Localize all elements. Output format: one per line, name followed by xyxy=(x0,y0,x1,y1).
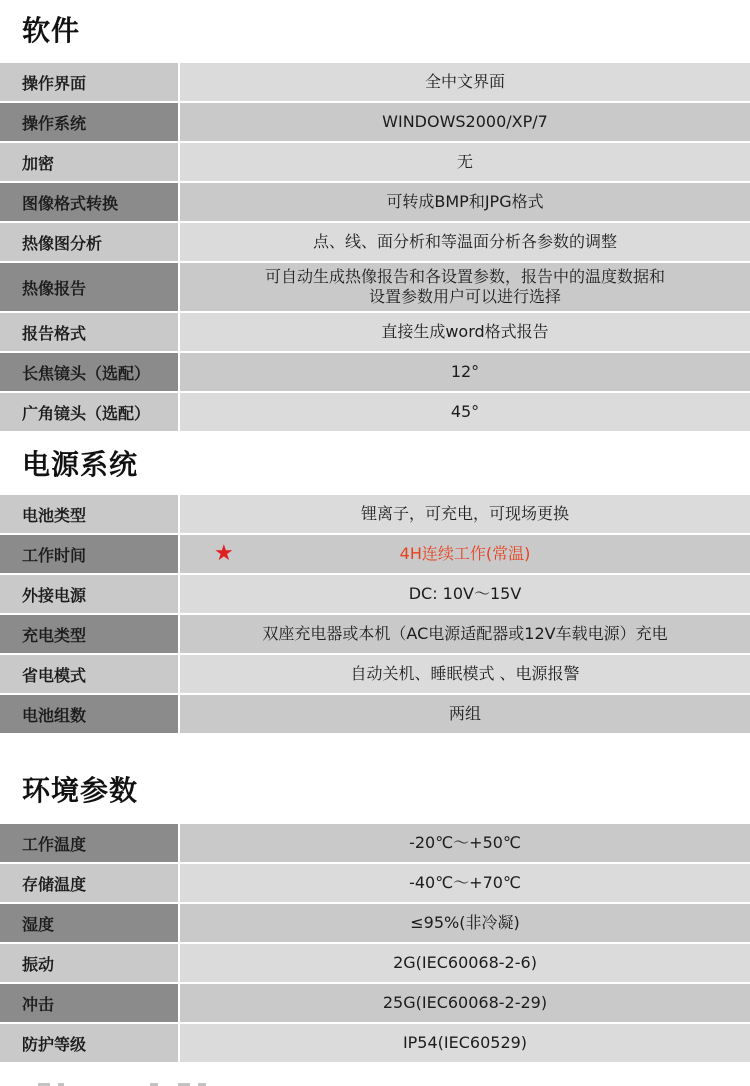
table-row: 操作界面 全中文界面 xyxy=(0,63,750,101)
table-row: 图像格式转换 可转成BMP和JPG格式 xyxy=(0,183,750,221)
spec-label: 存储温度 xyxy=(0,864,178,902)
table-row: 工作温度 -20℃～+50℃ xyxy=(0,824,750,862)
spec-label: 操作界面 xyxy=(0,63,178,101)
table-row: 电池类型 锂离子，可充电，可现场更换 xyxy=(0,495,750,533)
spec-value: 直接生成word格式报告 xyxy=(180,313,750,351)
spec-label: 外接电源 xyxy=(0,575,178,613)
table-row: 省电模式 自动关机、睡眠模式 、电源报警 xyxy=(0,655,750,693)
spec-label: 充电类型 xyxy=(0,615,178,653)
table-row: 广角镜头（选配） 45° xyxy=(0,393,750,431)
spec-value: 无 xyxy=(180,143,750,181)
spec-value: 25G(IEC60068-2-29) xyxy=(180,984,750,1022)
spec-label: 加密 xyxy=(0,143,178,181)
table-row: 湿度 ≤95%(非冷凝) xyxy=(0,904,750,942)
spec-label: 热像报告 xyxy=(0,263,178,311)
spec-value: IP54(IEC60529) xyxy=(180,1024,750,1062)
spec-label: 图像格式转换 xyxy=(0,183,178,221)
spec-label: 操作系统 xyxy=(0,103,178,141)
section-title-power: 电源系统 xyxy=(22,448,138,482)
spec-value: 锂离子，可充电，可现场更换 xyxy=(180,495,750,533)
spec-label: 防护等级 xyxy=(0,1024,178,1062)
spec-label: 省电模式 xyxy=(0,655,178,693)
spec-sheet-page: 软件 操作界面 全中文界面 操作系统 WINDOWS2000/XP/7 加密 无… xyxy=(0,0,750,1086)
environment-spec-table: 工作温度 -20℃～+50℃ 存储温度 -40℃～+70℃ 湿度 ≤95%(非冷… xyxy=(0,824,750,1062)
table-row: 加密 无 xyxy=(0,143,750,181)
spec-value-group: ★ 4H连续工作(常温) xyxy=(180,535,750,573)
table-row: 存储温度 -40℃～+70℃ xyxy=(0,864,750,902)
spec-label: 电池组数 xyxy=(0,695,178,733)
table-row: 长焦镜头（选配） 12° xyxy=(0,353,750,391)
spec-value: -40℃～+70℃ xyxy=(180,864,750,902)
spec-value: 可转成BMP和JPG格式 xyxy=(180,183,750,221)
table-row: 防护等级 IP54(IEC60529) xyxy=(0,1024,750,1062)
spec-value: WINDOWS2000/XP/7 xyxy=(180,103,750,141)
spec-value: ≤95%(非冷凝) xyxy=(180,904,750,942)
power-spec-table: 电池类型 锂离子，可充电，可现场更换 工作时间 ★ 4H连续工作(常温) 外接电… xyxy=(0,495,750,733)
table-row: 冲击 25G(IEC60068-2-29) xyxy=(0,984,750,1022)
spec-label: 冲击 xyxy=(0,984,178,1022)
spec-label: 电池类型 xyxy=(0,495,178,533)
table-row: 工作时间 ★ 4H连续工作(常温) xyxy=(0,535,750,573)
software-spec-table: 操作界面 全中文界面 操作系统 WINDOWS2000/XP/7 加密 无 图像… xyxy=(0,63,750,431)
spec-value: -20℃～+50℃ xyxy=(180,824,750,862)
spec-label: 工作时间 xyxy=(0,535,178,573)
table-row: 外接电源 DC: 10V～15V xyxy=(0,575,750,613)
spec-value: 自动关机、睡眠模式 、电源报警 xyxy=(180,655,750,693)
table-row: 操作系统 WINDOWS2000/XP/7 xyxy=(0,103,750,141)
section-title-environment: 环境参数 xyxy=(22,774,138,808)
spec-value: 双座充电器或本机（AC电源适配器或12V车载电源）充电 xyxy=(180,615,750,653)
spec-value: 45° xyxy=(180,393,750,431)
spec-value-highlight: 4H连续工作(常温) xyxy=(400,544,531,564)
table-row: 电池组数 两组 xyxy=(0,695,750,733)
table-row: 热像报告 可自动生成热像报告和各设置参数，报告中的温度数据和 设置参数用户可以进… xyxy=(0,263,750,311)
spec-label: 热像图分析 xyxy=(0,223,178,261)
spec-value: 全中文界面 xyxy=(180,63,750,101)
spec-label: 报告格式 xyxy=(0,313,178,351)
spec-label: 工作温度 xyxy=(0,824,178,862)
spec-label: 湿度 xyxy=(0,904,178,942)
spec-value: 点、线、面分析和等温面分析各参数的调整 xyxy=(180,223,750,261)
spec-value: 可自动生成热像报告和各设置参数，报告中的温度数据和 设置参数用户可以进行选择 xyxy=(180,263,750,311)
spec-value: 两组 xyxy=(180,695,750,733)
spec-label: 振动 xyxy=(0,944,178,982)
spec-value: 2G(IEC60068-2-6) xyxy=(180,944,750,982)
section-title-software: 软件 xyxy=(22,14,80,48)
table-row: 充电类型 双座充电器或本机（AC电源适配器或12V车载电源）充电 xyxy=(0,615,750,653)
spec-label: 长焦镜头（选配） xyxy=(0,353,178,391)
spec-value: 12° xyxy=(180,353,750,391)
spec-label: 广角镜头（选配） xyxy=(0,393,178,431)
table-row: 报告格式 直接生成word格式报告 xyxy=(0,313,750,351)
star-icon: ★ xyxy=(214,543,234,565)
table-row: 热像图分析 点、线、面分析和等温面分析各参数的调整 xyxy=(0,223,750,261)
spec-value: DC: 10V～15V xyxy=(180,575,750,613)
table-row: 振动 2G(IEC60068-2-6) xyxy=(0,944,750,982)
